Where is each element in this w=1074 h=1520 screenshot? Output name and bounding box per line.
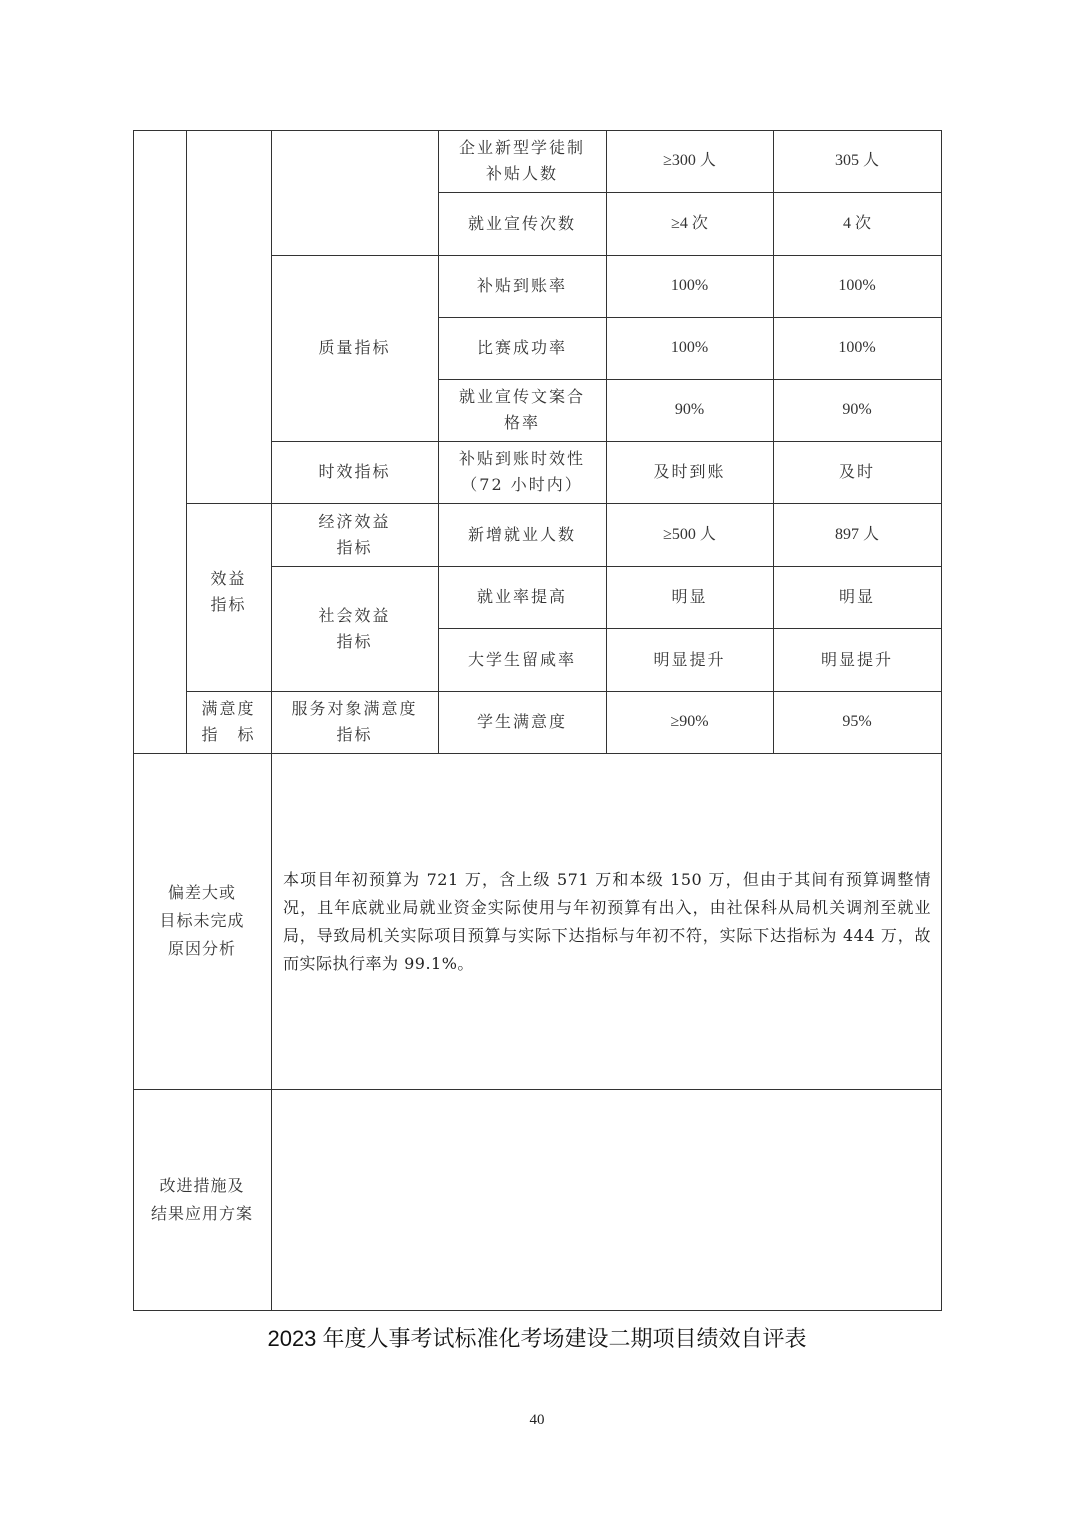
level3-social: 社会效益指标 (271, 566, 438, 691)
actual-cell: 305 人 (773, 130, 941, 192)
cell-text: （72 小时内） (461, 472, 582, 498)
cell-text: 指标 (336, 535, 372, 561)
actual-cell: 90% (773, 379, 941, 441)
cell-text: 指 标 (201, 722, 255, 748)
cell-text: 指标 (336, 629, 372, 655)
cell-text: 补贴到账率 (477, 273, 567, 299)
indicator-cell: 就业宣传文案合格率 (438, 379, 606, 441)
label-line: 原因分析 (168, 935, 236, 963)
target-cell: 90% (606, 379, 773, 441)
level2-benefit: 效益指标 (186, 503, 271, 691)
indicator-cell: 补贴到账时效性（72 小时内） (438, 441, 606, 503)
label-line: 结果应用方案 (151, 1200, 253, 1228)
cell-text: 比赛成功率 (477, 335, 567, 361)
table-border-right (941, 130, 942, 1311)
cell-text: 效益 (210, 566, 246, 592)
indicator-cell: 学生满意度 (438, 691, 606, 753)
cell-text: 就业宣传文案合 (459, 384, 585, 410)
actual-cell: 明显提升 (773, 628, 941, 691)
level2-satisfaction: 满意度指 标 (186, 691, 271, 753)
cell-text: 大学生留咸率 (468, 647, 576, 673)
cell-text: 指标 (210, 592, 246, 618)
indicator-cell: 新增就业人数 (438, 503, 606, 566)
improvement-label: 改进措施及 结果应用方案 (133, 1089, 271, 1310)
cell-text: 格率 (504, 410, 540, 436)
deviation-label: 偏差大或 目标未完成 原因分析 (133, 753, 271, 1089)
label-line: 目标未完成 (159, 907, 244, 935)
actual-cell: 100% (773, 255, 941, 317)
label-line: 偏差大或 (168, 879, 236, 907)
cell-text: 社会效益 (318, 603, 390, 629)
next-table-title: 2023 年度人事考试标准化考场建设二期项目绩效自评表 (0, 1322, 1074, 1353)
actual-cell: 897 人 (773, 503, 941, 566)
actual-cell: 100% (773, 317, 941, 379)
indicator-cell: 比赛成功率 (438, 317, 606, 379)
target-cell: 100% (606, 255, 773, 317)
actual-cell: 4 次 (773, 192, 941, 255)
target-cell: ≥500 人 (606, 503, 773, 566)
indicator-cell: 就业宣传次数 (438, 192, 606, 255)
cell-text: 就业率提高 (477, 584, 567, 610)
level3-quality: 质量指标 (271, 255, 438, 441)
target-cell: ≥300 人 (606, 130, 773, 192)
cell-text: 经济效益 (318, 509, 390, 535)
label-line: 改进措施及 (159, 1172, 244, 1200)
indicator-cell: 企业新型学徒制补贴人数 (438, 130, 606, 192)
target-cell: ≥4 次 (606, 192, 773, 255)
target-cell: 及时到账 (606, 441, 773, 503)
indicator-cell: 大学生留咸率 (438, 628, 606, 691)
level3-timeliness: 时效指标 (271, 441, 438, 503)
cell-text: 就业宣传次数 (468, 211, 576, 237)
actual-cell: 95% (773, 691, 941, 753)
target-cell: 明显提升 (606, 628, 773, 691)
cell-text: 企业新型学徒制 (459, 135, 585, 161)
level3-service: 服务对象满意度指标 (271, 691, 438, 753)
cell-text: 服务对象满意度 (291, 696, 417, 722)
cell-text: 满意度 (201, 696, 255, 722)
page-number: 40 (0, 1412, 1074, 1429)
actual-cell: 及时 (773, 441, 941, 503)
target-cell: ≥90% (606, 691, 773, 753)
level3-economic: 经济效益指标 (271, 503, 438, 566)
target-cell: 100% (606, 317, 773, 379)
actual-cell: 明显 (773, 566, 941, 628)
indicator-cell: 就业率提高 (438, 566, 606, 628)
cell-text: 补贴到账时效性 (459, 446, 585, 472)
cell-text: 质量指标 (318, 335, 390, 361)
table-border-bottom (133, 1310, 942, 1311)
cell-text: 学生满意度 (477, 709, 567, 735)
target-cell: 明显 (606, 566, 773, 628)
cell-text: 时效指标 (318, 459, 390, 485)
cell-text: 补贴人数 (486, 161, 558, 187)
indicator-cell: 补贴到账率 (438, 255, 606, 317)
cell-text: 指标 (336, 722, 372, 748)
deviation-text: 本项目年初预算为 721 万，含上级 571 万和本级 150 万，但由于其间有… (283, 866, 931, 978)
cell-text: 新增就业人数 (468, 522, 576, 548)
